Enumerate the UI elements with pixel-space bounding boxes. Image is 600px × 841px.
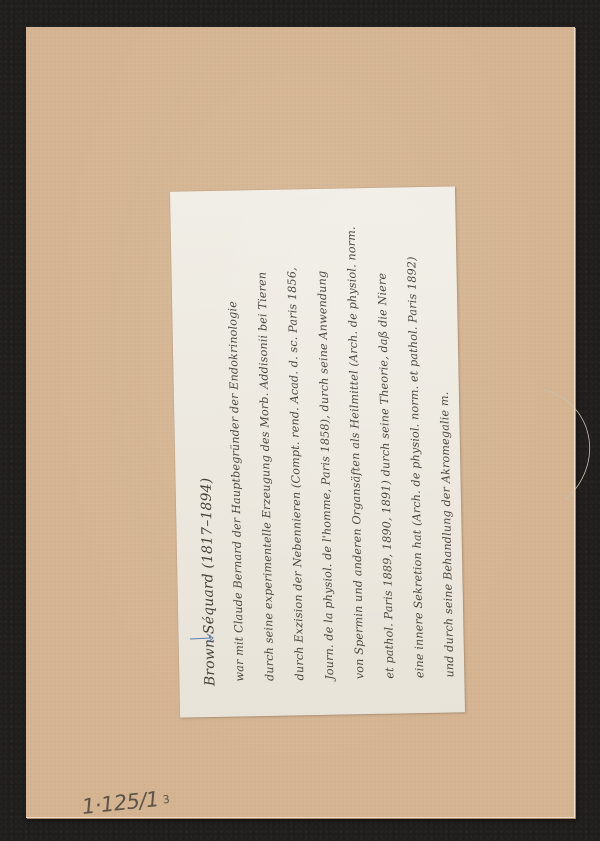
scan-background: Brown-Séquard (1817–1894) war mit Claude… xyxy=(0,0,600,841)
faint-pencil-arc xyxy=(534,383,600,504)
handwritten-note: Brown-Séquard (1817–1894) war mit Claude… xyxy=(170,186,465,717)
mounting-card: Brown-Séquard (1817–1894) war mit Claude… xyxy=(26,27,575,818)
shelfmark-main: 1·125/1 xyxy=(81,787,160,819)
note-text-block: Brown-Séquard (1817–1894) war mit Claude… xyxy=(178,199,458,704)
shelfmark-pencil: 1·125/13 xyxy=(81,786,171,819)
shelfmark-suffix: 3 xyxy=(162,792,170,806)
